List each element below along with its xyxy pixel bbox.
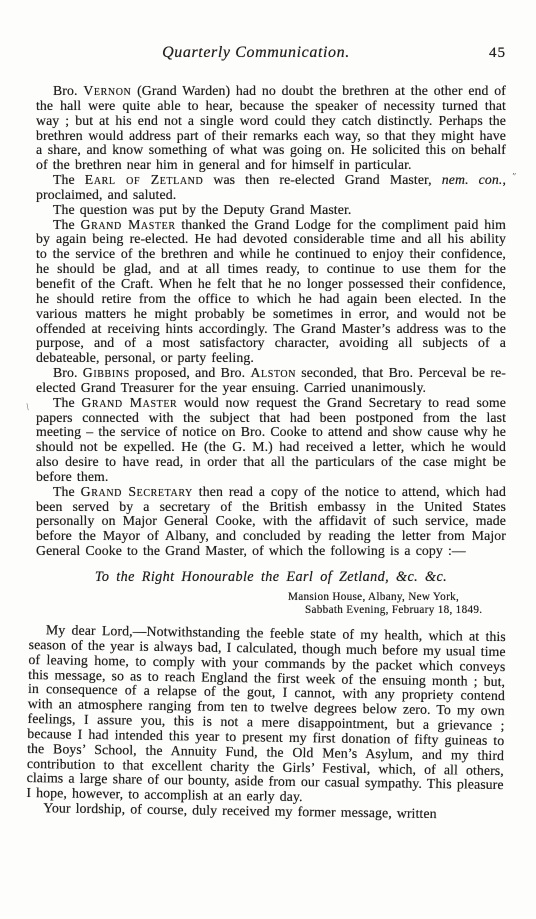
address-line-2: Sabbath Evening, February 18, 1849. [305,604,506,617]
paragraph: My dear Lord,—Notwithstanding the feeble… [26,623,506,808]
text-column: Quarterly Communication. 45 Bro. Vernon … [36,44,506,816]
letter-section: To the Right Honourable the Earl of Zetl… [36,569,506,816]
paragraph: The Earl of Zetland was then re-elected … [36,173,506,203]
paragraph: Bro. Gibbins proposed, and Bro. Alston s… [36,366,506,396]
paragraph: The question was put by the Deputy Grand… [36,203,506,218]
address-line-1: Mansion House, Albany, New York, [288,591,506,604]
document-page: Quarterly Communication. 45 Bro. Vernon … [0,0,536,919]
scan-artifact-mark: \ [25,403,29,413]
running-head: Quarterly Communication. 45 [36,44,506,84]
running-head-title: Quarterly Communication. [162,44,350,62]
letter-dateline: Mansion House, Albany, New York, Sabbath… [288,591,506,616]
scan-artifact-mark: ″ [511,172,517,182]
letter-addressee-line: To the Right Honourable the Earl of Zetl… [36,569,506,586]
paragraph: Bro. Vernon (Grand Warden) had no doubt … [36,84,506,173]
page-number: 45 [489,45,506,62]
paragraph: The Grand Master thanked the Grand Lodge… [36,218,506,366]
paragraph: The Grand Master would now request the G… [36,396,506,485]
paragraph: The Grand Secretary then read a copy of … [36,485,506,559]
letter-body: My dear Lord,—Notwithstanding the feeble… [26,623,506,823]
minutes-body: Bro. Vernon (Grand Warden) had no doubt … [36,84,506,559]
